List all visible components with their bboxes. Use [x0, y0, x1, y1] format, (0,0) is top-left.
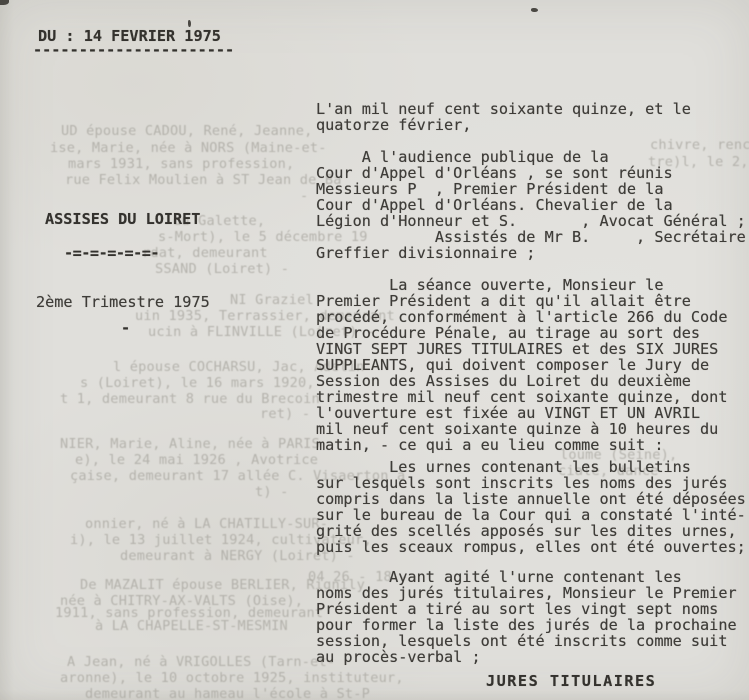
bleedthrough-line: t 1, demeurant 8 rue du Brecoin — [60, 392, 320, 407]
bleedthrough-line: onnier, né à LA CHATILLY-SUR- — [85, 517, 328, 532]
bleedthrough-line: rue Felix Moulien à ST Jean de Ba — [65, 173, 342, 188]
paragraph-audience: A l'audience publique de la Cour d'Appel… — [316, 149, 746, 261]
scanned-document-page: UD épouse CADOU, René, Jeanne,ise, Marie… — [0, 0, 749, 700]
bleedthrough-line: NI Graziel — [230, 293, 314, 308]
paragraph-opening: L'an mil neuf cent soixante quinze, et l… — [316, 101, 691, 133]
bleedthrough-line: ret) - — [260, 407, 310, 422]
bleedthrough-line: - — [300, 189, 308, 204]
bleedthrough-line: e), le 24 mai 1926 , Avotrice — [75, 453, 318, 468]
jurors-section-heading: JURES TITULAIRES — [486, 673, 656, 689]
bleedthrough-line: rdat, demeurant — [142, 246, 268, 261]
margin-case-title: ASSISES DU LOIRET — [45, 211, 200, 227]
ink-speck — [531, 8, 538, 12]
margin-term: 2ème Trimestre 1975 — [36, 294, 210, 310]
bleedthrough-line: SSAND (Loiret) - — [155, 262, 289, 277]
bleedthrough-line: ise, Marie, née à NORS (Maine-et- — [50, 141, 327, 156]
margin-separator: -=-=-=-=-=- — [64, 245, 159, 261]
bleedthrough-line: UD épouse CADOU, René, Jeanne, — [61, 124, 313, 139]
bleedthrough-line: demeurant au hameau l'école à St-P — [85, 687, 370, 700]
bleedthrough-line: à LA CHAPELLE-ST-MESMIN — [95, 619, 288, 634]
bleedthrough-line: t) - — [255, 485, 289, 500]
margin-dash: - — [121, 320, 130, 336]
bleedthrough-line: NIER, Marie, Aline, née à PARIS — [60, 437, 320, 452]
paragraph-seance: La séance ouverte, Monsieur le Premier P… — [316, 277, 727, 453]
bleedthrough-line: aronne), le 10 octobre 1925, instituteur… — [60, 671, 404, 686]
date-underline: ---------------------- — [33, 42, 234, 58]
paragraph-urnes: Les urnes contenant les bulletins sur le… — [316, 459, 746, 555]
bleedthrough-line: s (Loiret), le 16 mars 1920, — [80, 376, 315, 391]
bleedthrough-line: A Jean, né à VRIGOLLES (Tarn-et- — [67, 655, 335, 670]
paragraph-tirage: Ayant agité l'urne contenant les noms de… — [316, 569, 737, 665]
bleedthrough-line: mars 1931, sans profession, — [68, 157, 294, 172]
ink-speck — [188, 20, 191, 27]
